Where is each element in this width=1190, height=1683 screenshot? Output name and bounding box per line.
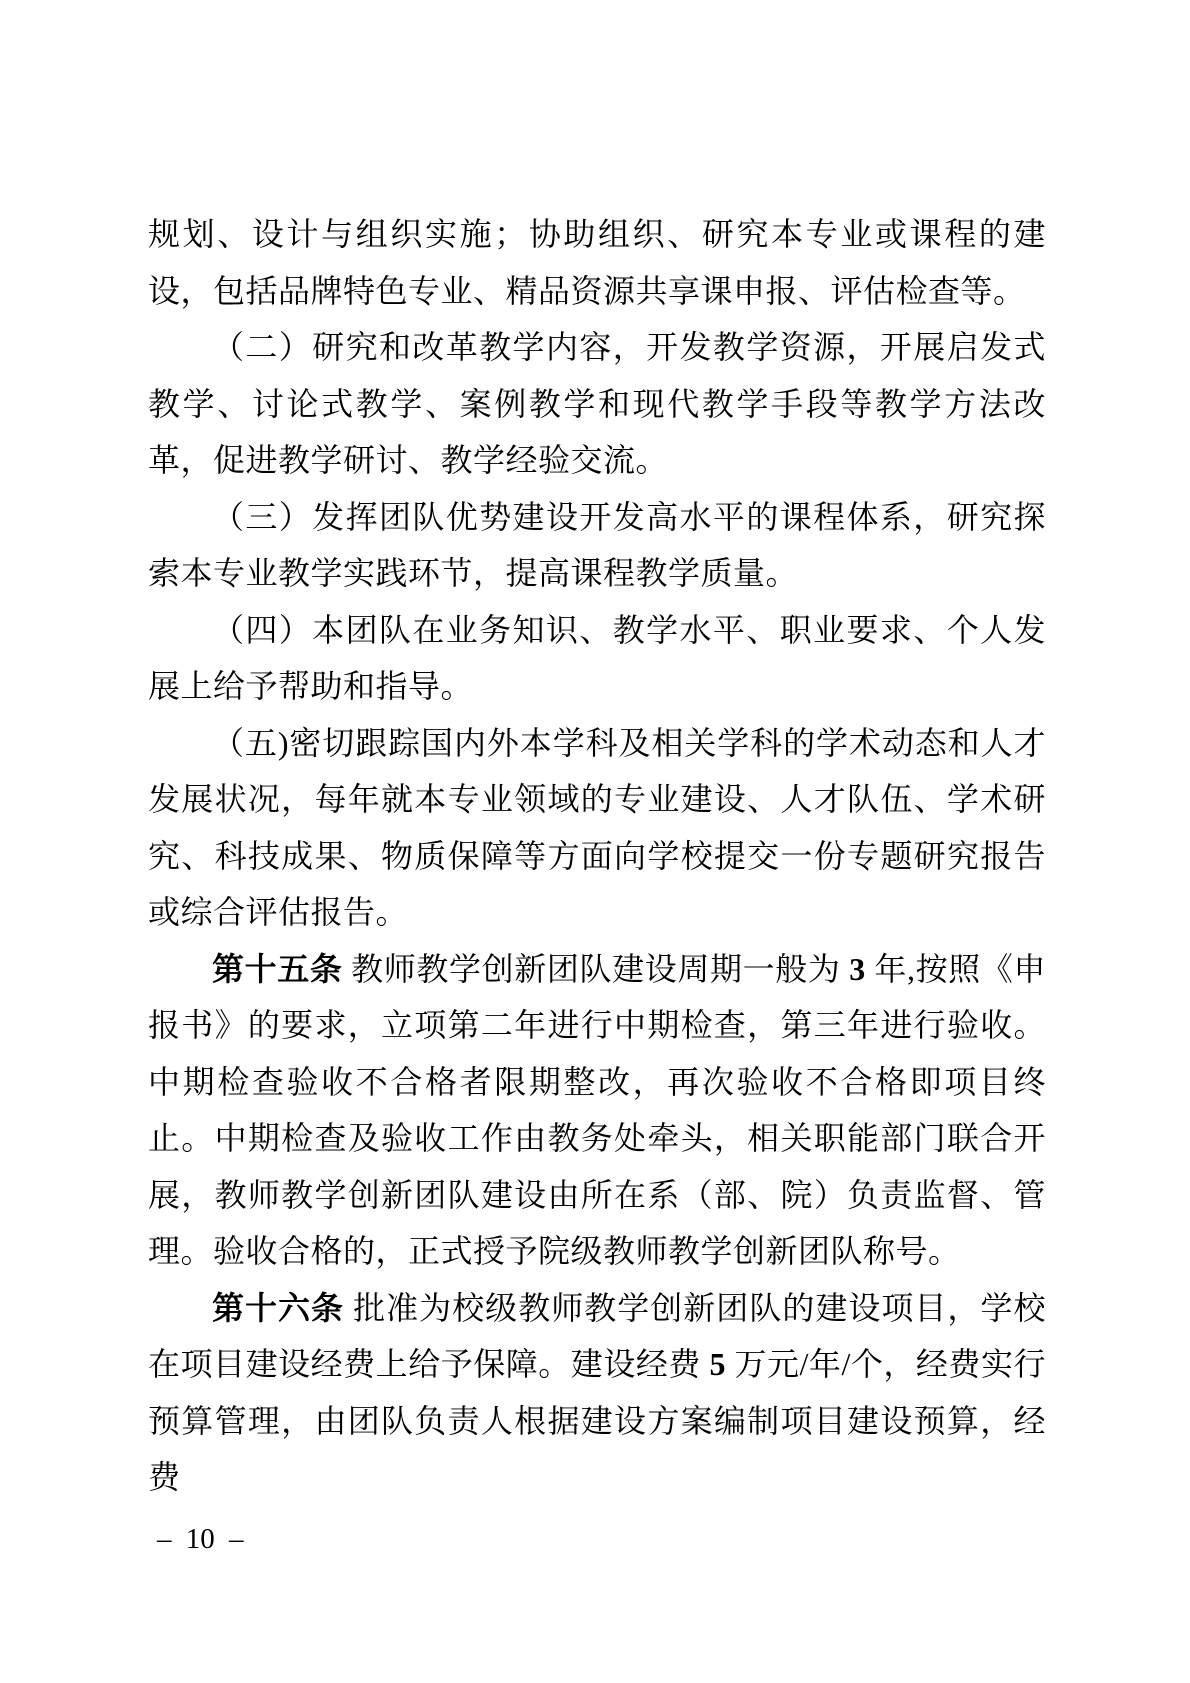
document-body: 规划、设计与组织实施；协助组织、研究本专业或课程的建设，包括品牌特色专业、精品资… <box>148 206 1046 1506</box>
text-segment: 第十五条 <box>212 951 343 987</box>
text-segment: 年,按照《申报书》的要求，立项第二年进行中期检查，第三年进行验收。中期检查验收不… <box>148 951 1046 1270</box>
text-segment: （四）本团队在业务知识、教学水平、职业要求、个人发展上给予帮助和指导。 <box>148 612 1046 705</box>
text-segment: （五)密切跟踪国内外本学科及相关学科的学术动态和人才发展状况，每年就本专业领域的… <box>148 725 1046 931</box>
document-page: 规划、设计与组织实施；协助组织、研究本专业或课程的建设，包括品牌特色专业、精品资… <box>0 0 1190 1683</box>
text-segment: 第十六条 <box>212 1290 344 1326</box>
paragraph: 第十六条 批准为校级教师教学创新团队的建设项目，学校在项目建设经费上给予保障。建… <box>148 1280 1046 1506</box>
text-segment: 5 <box>709 1346 726 1382</box>
paragraph: （五)密切跟踪国内外本学科及相关学科的学术动态和人才发展状况，每年就本专业领域的… <box>148 715 1046 941</box>
text-segment: 规划、设计与组织实施；协助组织、研究本专业或课程的建设，包括品牌特色专业、精品资… <box>148 216 1046 309</box>
text-segment: 3 <box>849 951 866 987</box>
paragraph: 第十五条 教师教学创新团队建设周期一般为 3 年,按照《申报书》的要求，立项第二… <box>148 941 1046 1280</box>
text-segment: 教师教学创新团队建设周期一般为 <box>343 951 850 987</box>
text-segment: （二）研究和改革教学内容，开发教学资源，开展启发式教学、讨论式教学、案例教学和现… <box>148 329 1046 478</box>
page-number: – 10 – <box>157 1522 244 1556</box>
paragraph: 规划、设计与组织实施；协助组织、研究本专业或课程的建设，包括品牌特色专业、精品资… <box>148 206 1046 319</box>
text-segment: （三）发挥团队优势建设开发高水平的课程体系，研究探索本专业教学实践环节，提高课程… <box>148 499 1046 592</box>
paragraph: （三）发挥团队优势建设开发高水平的课程体系，研究探索本专业教学实践环节，提高课程… <box>148 489 1046 602</box>
paragraph: （二）研究和改革教学内容，开发教学资源，开展启发式教学、讨论式教学、案例教学和现… <box>148 319 1046 489</box>
paragraph: （四）本团队在业务知识、教学水平、职业要求、个人发展上给予帮助和指导。 <box>148 602 1046 715</box>
